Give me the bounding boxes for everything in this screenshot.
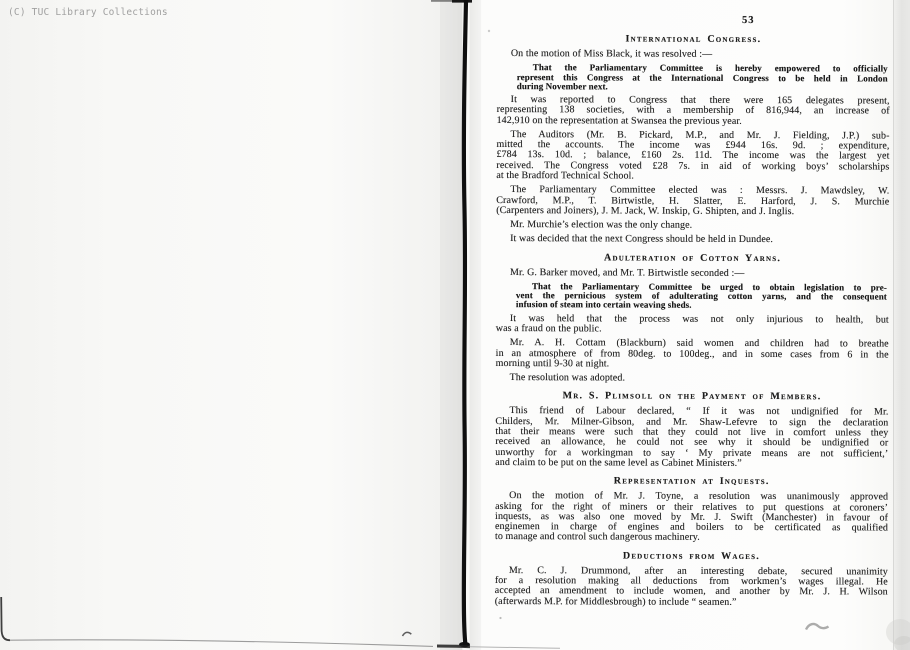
paragraph: Mr. C. J. Drummond, after an interesting…	[495, 566, 888, 609]
paragraph: On the motion of Miss Black, it was reso…	[497, 49, 890, 61]
paragraph: On the motion of Mr. J. Toyne, a resolut…	[495, 491, 888, 544]
paragraph: Mr. A. H. Cottam (Blackburn) said women …	[496, 338, 889, 370]
text-line: The resolution was adopted.	[496, 373, 889, 385]
paragraph: It was reported to Congress that there w…	[497, 95, 890, 127]
left-page-blank	[0, 0, 462, 650]
text-line: at the Bradford Technical School.	[496, 171, 889, 183]
resolution-block: That the Parliamentary Committee be urge…	[516, 282, 887, 311]
page-number: 53	[742, 15, 766, 27]
section-heading: Representation at Inquests.	[495, 475, 888, 489]
text-line: On the motion of Miss Black, it was reso…	[497, 49, 890, 61]
text-line: (Carpenters and Joiners), J. M. Jack, W.…	[496, 206, 889, 218]
text-line: was a fraud on the public.	[496, 324, 889, 336]
scan-right-edge	[893, 0, 910, 650]
paragraph: The resolution was adopted.	[496, 373, 889, 385]
text-column: 53 International Congress.On the motion …	[495, 14, 890, 608]
library-watermark: (C) TUC Library Collections	[8, 7, 168, 18]
text-line: (afterwards M.P. for Middlesbrough) to i…	[495, 597, 888, 609]
text-line: It was decided that the next Congress sh…	[496, 234, 889, 246]
paragraph: It was decided that the next Congress sh…	[496, 234, 889, 246]
text-line: infusion of steam into certain weaving s…	[516, 301, 887, 312]
paragraph: Mr. Murchie’s election was the only chan…	[496, 220, 889, 232]
paragraph: Mr. G. Barker moved, and Mr. T. Birtwist…	[496, 268, 889, 280]
paragraph: The Parliamentary Committee elected was …	[496, 185, 889, 217]
right-page: 53 International Congress.On the motion …	[470, 0, 893, 650]
text-line: and claim to be put on the same level as…	[495, 458, 888, 470]
text-line: 142,910 on the representation at Swansea…	[497, 115, 890, 127]
section-heading: Deductions from Wages.	[495, 550, 888, 564]
section-heading: Mr. S. Plimsoll on the Payment of Member…	[496, 390, 889, 404]
paragraph: This friend of Labour declared, “ If it …	[495, 406, 888, 469]
text-line: morning until 9-30 at night.	[496, 359, 889, 371]
paragraph: It was held that the process was not onl…	[496, 314, 889, 336]
resolution-block: That the Parliamentary Committee is here…	[517, 63, 888, 92]
text-line: Mr. Murchie’s election was the only chan…	[496, 220, 889, 232]
text-line: during November next.	[517, 82, 888, 93]
section-heading: Adulteration of Cotton Yarns.	[496, 252, 889, 266]
paragraph: The Auditors (Mr. B. Pickard, M.P., and …	[496, 130, 889, 183]
book-scan: 53 International Congress.On the motion …	[0, 0, 910, 650]
text-line: to manage and control such dangerous mac…	[495, 532, 888, 544]
text-line: Mr. G. Barker moved, and Mr. T. Birtwist…	[496, 268, 889, 280]
section-heading: International Congress.	[497, 33, 890, 47]
